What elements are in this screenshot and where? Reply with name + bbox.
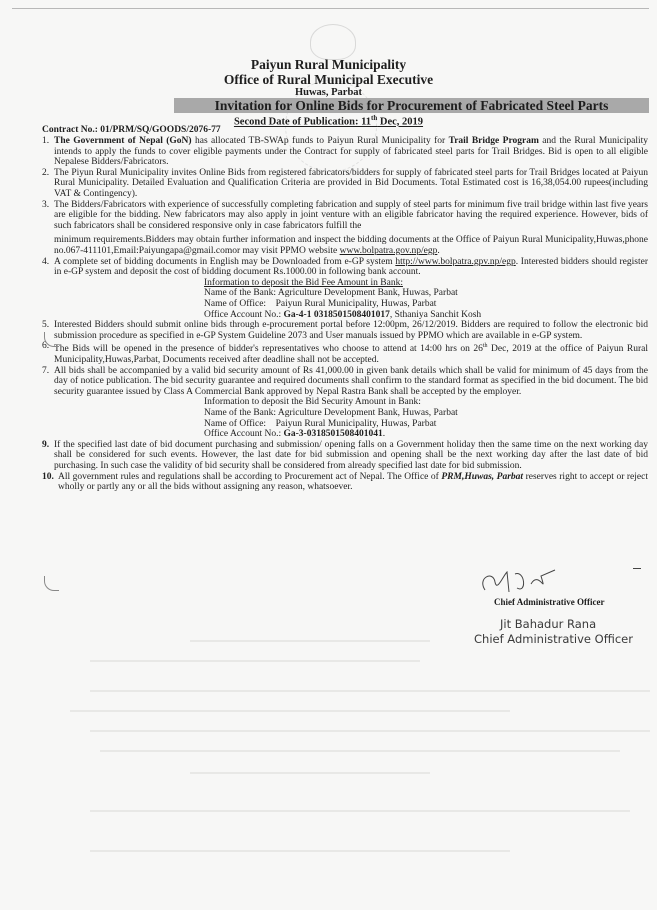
- clause-7: 7.All bids shall be accompanied by a val…: [42, 366, 648, 398]
- notice-title-banner: Invitation for Online Bids for Procureme…: [174, 98, 649, 113]
- signatory-name: Jit Bahadur Rana: [500, 617, 596, 631]
- egp-link[interactable]: http://www.bolpatra.gpv.np/egp: [395, 257, 515, 267]
- clause-4: 4. A complete set of bidding documents i…: [42, 257, 648, 278]
- bid-security-bank-info: Information to deposit the Bid Security …: [42, 397, 648, 439]
- signature-mark: [455, 568, 645, 598]
- bleed-through: [190, 772, 430, 774]
- bleed-through: [70, 710, 510, 712]
- government-emblem-icon: [310, 24, 356, 60]
- signature-label: Chief Administrative Officer: [494, 597, 604, 607]
- bleed-through: [190, 640, 430, 642]
- contract-number: Contract No.: 01/PRM/SQ/GOODS/2076-77: [42, 125, 221, 135]
- signatory-title: Chief Administrative Officer: [474, 632, 633, 646]
- bleed-through: [90, 660, 420, 662]
- office-name: Office of Rural Municipal Executive: [0, 72, 657, 88]
- bleed-through: [90, 730, 650, 732]
- clause-3: 3.The Bidders/Fabricators with experienc…: [42, 200, 648, 232]
- clause-6: 6.The Bids will be opened in the presenc…: [42, 341, 648, 365]
- bleed-through: [100, 750, 620, 752]
- org-name: Paiyun Rural Municipality: [0, 57, 657, 73]
- clause-2: 2.The Piyun Rural Municipality invites O…: [42, 168, 648, 200]
- office-location: Huwas, Parbat: [0, 87, 657, 98]
- ppmo-website-link[interactable]: www.bolpatra.gov.np/egp: [340, 246, 438, 256]
- clause-10: 10.All government rules and regulations …: [42, 472, 648, 493]
- clause-1: 1.The Government of Nepal (GoN) has allo…: [42, 136, 648, 168]
- notice-body: 1.The Government of Nepal (GoN) has allo…: [42, 136, 648, 493]
- punch-hole-mark: [44, 576, 59, 591]
- bleed-through: [90, 850, 510, 852]
- bleed-through: [90, 810, 630, 812]
- top-rule: [12, 8, 649, 9]
- clause-9: 9.If the specified last date of bid docu…: [42, 440, 648, 472]
- bid-fee-bank-info: Information to deposit the Bid Fee Amoun…: [42, 278, 648, 320]
- clause-3-continued: minimum requirements.Bidders may obtain …: [42, 235, 648, 256]
- clause-5: 5. Interested Bidders should submit onli…: [42, 320, 648, 341]
- bleed-through: [90, 690, 650, 692]
